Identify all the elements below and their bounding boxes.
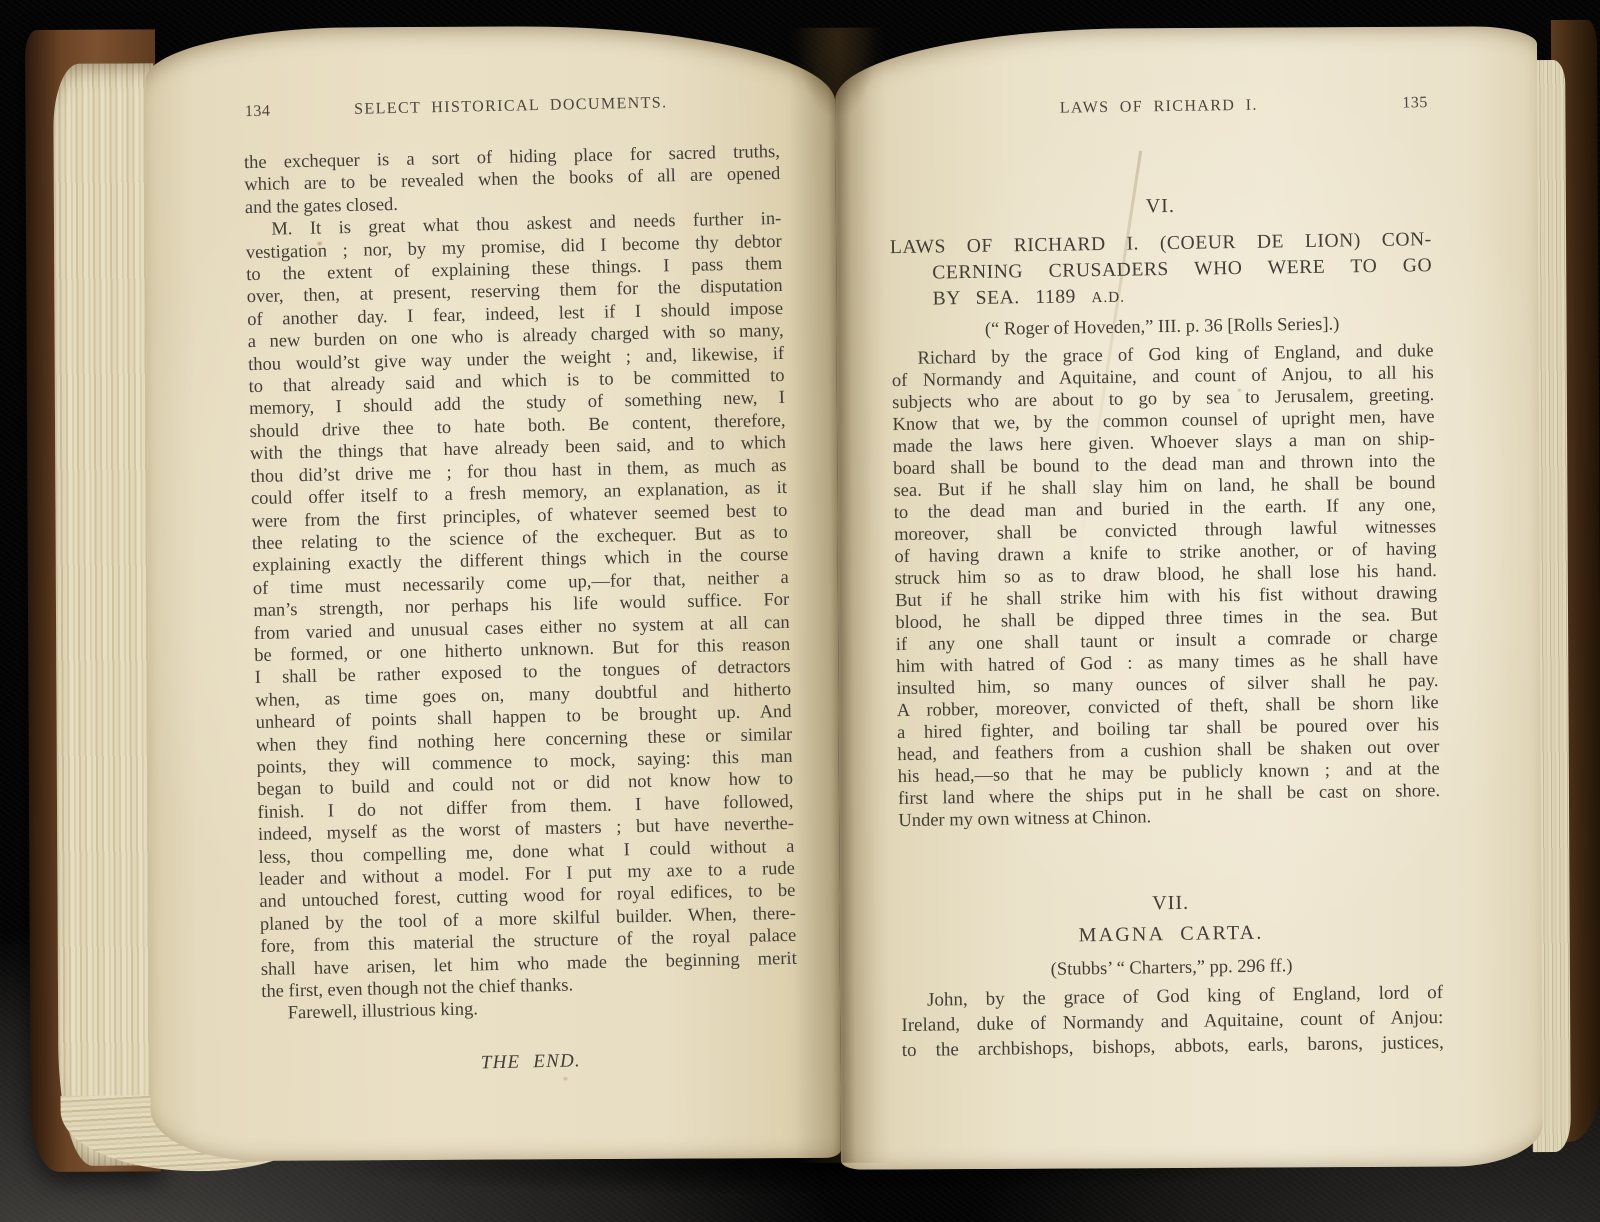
section-6-title-ad-suffix: A.D. — [1091, 289, 1125, 306]
section-7-title: MAGNA CARTA. — [900, 919, 1442, 950]
gutter-shadow — [789, 28, 891, 1163]
section-6-source: (“ Roger of Hoveden,” III. p. 36 [Rolls … — [891, 312, 1433, 342]
right-page-number: 135 — [1402, 94, 1428, 112]
section-7-body: John, by the grace of God king of Englan… — [901, 980, 1444, 1063]
foxing-spot — [562, 1076, 568, 1081]
right-page-text: LAWS OF RICHARD I. 135 VI. LAWS OF RICHA… — [888, 94, 1444, 1063]
left-page-text: 134 SELECT HISTORICAL DOCUMENTS. the exc… — [243, 92, 799, 1079]
left-page-edge-stack — [53, 63, 159, 1166]
section-6-number: VI. — [889, 191, 1431, 222]
photograph-of-open-book: 134 SELECT HISTORICAL DOCUMENTS. the exc… — [0, 0, 1600, 1222]
section-6-title: LAWS OF RICHARD I. (COEUR DE LION) CON- … — [890, 227, 1433, 314]
section-6-body: Richard by the grace of God king of Engl… — [891, 340, 1440, 832]
left-page-body: the exchequer is a sort of hiding place … — [244, 141, 798, 1026]
section-7-source: (Stubbs’ “ Charters,” pp. 296 ff.) — [900, 953, 1442, 983]
section-7-number: VII. — [900, 888, 1442, 919]
section-6-title-line-3-main: BY SEA. 1189 — [933, 286, 1092, 309]
left-page-number: 134 — [245, 103, 271, 122]
open-book: 134 SELECT HISTORICAL DOCUMENTS. the exc… — [0, 0, 1600, 1222]
